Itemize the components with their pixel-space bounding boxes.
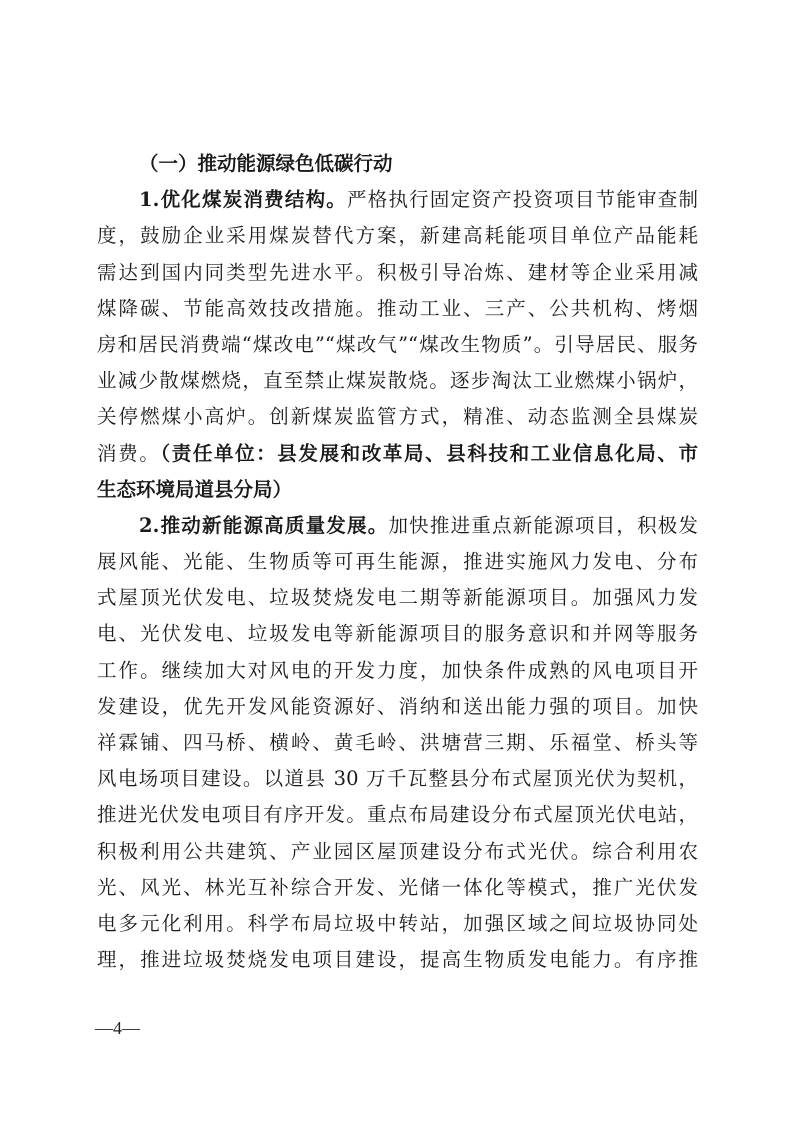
responsible-units-cont: 生态环境局道县分局）	[97, 472, 698, 508]
paragraph-2-line-1: 2.推动新能源高质量发展。加快推进重点新能源项目，积极发	[97, 508, 698, 544]
paragraph-text: 消费。	[97, 442, 160, 465]
paragraph-1-line-2: 度，鼓励企业采用煤炭替代方案，新建高耗能项目单位产品能耗	[97, 218, 698, 254]
paragraph-2-line-12: 电多元化利用。科学布局垃圾中转站，加强区域之间垃圾协同处	[97, 906, 698, 942]
paragraph-2-line-6: 发建设，优先开发风能资源好、消纳和送出能力强的项目。加快	[97, 689, 698, 725]
paragraph-1-line-5: 房和居民消费端“煤改电”“煤改气”“煤改生物质”。引导居民、服务	[97, 327, 698, 363]
section-heading: （一）推动能源绿色低碳行动	[97, 146, 698, 182]
paragraph-1-line-6: 业减少散煤燃烧，直至禁止煤炭散烧。逐步淘汰工业燃煤小锅炉，	[97, 363, 698, 399]
paragraph-1-line-7: 关停燃煤小高炉。创新煤炭监管方式，精准、动态监测全县煤炭	[97, 399, 698, 435]
paragraph-2-line-3: 式屋顶光伏发电、垃圾焚烧发电二期等新能源项目。加强风力发	[97, 580, 698, 616]
paragraph-2-line-13: 理，推进垃圾焚烧发电项目建设，提高生物质发电能力。有序推	[97, 942, 698, 978]
paragraph-2-line-8: 风电场项目建设。以道县 30 万千瓦整县分布式屋顶光伏为契机，	[97, 761, 698, 797]
paragraph-2-line-11: 光、风光、林光互补综合开发、光储一体化等模式，推广光伏发	[97, 870, 698, 906]
paragraph-2-line-7: 祥霖铺、四马桥、横岭、黄毛岭、洪塘营三期、乐福堂、桥头等	[97, 725, 698, 761]
paragraph-2-line-5: 工作。继续加大对风电的开发力度，加快条件成熟的风电项目开	[97, 653, 698, 689]
paragraph-text: 加快推进重点新能源项目，积极发	[388, 514, 698, 537]
paragraph-1-title: 1.优化煤炭消费结构。	[139, 188, 347, 211]
paragraph-text: 严格执行固定资产投资项目节能审查制	[347, 188, 698, 211]
page-number: —4—	[95, 1018, 140, 1039]
paragraph-2-line-4: 电、光伏发电、垃圾发电等新能源项目的服务意识和并网等服务	[97, 616, 698, 652]
paragraph-2-line-2: 展风能、光能、生物质等可再生能源，推进实施风力发电、分布	[97, 544, 698, 580]
paragraph-2-title: 2.推动新能源高质量发展。	[139, 514, 388, 537]
paragraph-1-line-4: 煤降碳、节能高效技改措施。推动工业、三产、公共机构、烤烟	[97, 291, 698, 327]
paragraph-1-line-3: 需达到国内同类型先进水平。积极引导冶炼、建材等企业采用减	[97, 255, 698, 291]
document-page: （一）推动能源绿色低碳行动 1.优化煤炭消费结构。严格执行固定资产投资项目节能审…	[97, 146, 698, 978]
paragraph-1-line-8: 消费。（责任单位：县发展和改革局、县科技和工业信息化局、市	[97, 436, 698, 472]
paragraph-2-line-9: 推进光伏发电项目有序开发。重点布局建设分布式屋顶光伏电站，	[97, 797, 698, 833]
paragraph-1-line-1: 1.优化煤炭消费结构。严格执行固定资产投资项目节能审查制	[97, 182, 698, 218]
paragraph-2-line-10: 积极利用公共建筑、产业园区屋顶建设分布式光伏。综合利用农	[97, 834, 698, 870]
responsible-units: （责任单位：县发展和改革局、县科技和工业信息化局、市	[160, 442, 698, 465]
